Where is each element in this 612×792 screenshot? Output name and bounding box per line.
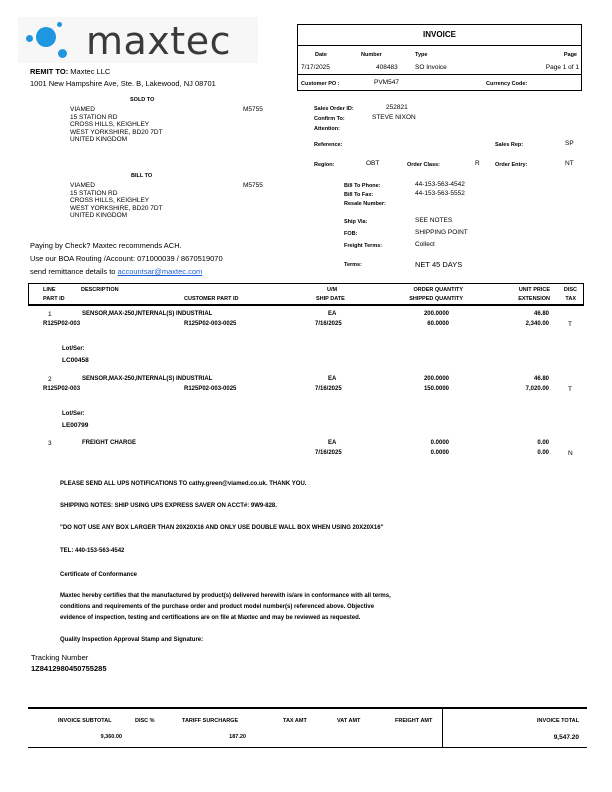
item-part-id: R125P02-003 [43, 321, 80, 327]
col-disc: DISC [564, 287, 577, 293]
bill-to-line: UNITED KINGDOM [70, 212, 163, 220]
subtotal-value: 9,360.00 [58, 734, 122, 740]
item-shipped-qty: 0.0000 [431, 450, 449, 456]
attention-label: Attention: [314, 126, 340, 132]
item-tax: N [568, 450, 573, 457]
item-unit-price: 46.80 [534, 376, 549, 382]
order-class-label: Order Class: [407, 162, 440, 168]
tracking-number: 1Z8412980450755285 [31, 664, 107, 673]
bill-to-address: VIAMED 15 STATION RD CROSS HILLS, KEIGHL… [70, 182, 163, 220]
resale-number-label: Resale Number: [344, 201, 386, 207]
ship-via-label: Ship Via: [344, 219, 367, 225]
sold-to-line: 15 STATION RD [70, 114, 163, 122]
item-description: FREIGHT CHARGE [82, 440, 136, 446]
lot-number: LE00799 [62, 422, 88, 429]
payment-routing: Use our BOA Routing /Account: 071000039 … [30, 254, 223, 263]
vat-amt-label: VAT AMT [337, 718, 360, 724]
item-unit-price: 0.00 [537, 440, 549, 446]
sales-order-id: 252821 [386, 104, 408, 111]
payment-note: Paying by Check? Maxtec recommends ACH. [30, 241, 182, 250]
page-label: Page [564, 52, 577, 58]
terms: NET 45 DAYS [415, 260, 462, 269]
item-description: SENSOR,MAX-250,INTERNAL(S) INDUSTRIAL [82, 311, 212, 317]
tariff-label: TARIFF SURCHARGE [182, 718, 238, 724]
invoice-header-box: INVOICE Date Number Type Page 7/17/2025 … [297, 24, 582, 91]
col-description: DESCRIPTION [81, 287, 119, 293]
item-order-qty: 200.0000 [424, 376, 449, 382]
sold-to-customer-id: M5755 [243, 106, 263, 113]
region: OBT [366, 160, 379, 167]
tax-amt-label: TAX AMT [283, 718, 307, 724]
confirm-to-label: Confirm To: [314, 116, 345, 122]
confirm-to: STEVE NIXON [372, 114, 416, 121]
bill-to-customer-id: M5755 [243, 182, 263, 189]
remit-to: REMIT TO: Maxtec LLC [30, 67, 110, 76]
item-ship-date: 7/16/2025 [315, 386, 342, 392]
lot-label: Lot/Ser: [62, 346, 85, 352]
customer-po: PVM547 [374, 79, 399, 86]
region-label: Region: [314, 162, 334, 168]
item-um: EA [328, 376, 336, 382]
coc-line: conditions and requirements of the purch… [60, 604, 374, 610]
currency-label: Currency Code: [486, 81, 527, 87]
remit-label: REMIT TO: [30, 67, 68, 76]
line-items-header: LINE PART ID DESCRIPTION CUSTOMER PART I… [28, 283, 584, 306]
item-extension: 2,340.00 [526, 321, 549, 327]
item-um: EA [328, 311, 336, 317]
invoice-total-label: INVOICE TOTAL [537, 718, 579, 724]
item-extension: 0.00 [537, 450, 549, 456]
tariff-value: 187.20 [182, 734, 246, 740]
col-shipped-qty: SHIPPED QUANTITY [409, 296, 463, 302]
box-note: "DO NOT USE ANY BOX LARGER THAN 20X20X16… [60, 525, 383, 531]
col-extension: EXTENSION [518, 296, 550, 302]
item-customer-part-id: R125P02-003-0025 [184, 321, 236, 327]
type-label: Type [415, 52, 427, 58]
lot-label: Lot/Ser: [62, 411, 85, 417]
coc-line: evidence of inspection, testing and cert… [60, 615, 360, 621]
col-tax: TAX [565, 296, 576, 302]
terms-label: Terms: [344, 262, 362, 268]
payment-remittance: send remittance details to accountsar@ma… [30, 267, 202, 276]
sold-to-line: WEST YORKSHIRE, BD20 7DT [70, 129, 163, 137]
freight-amt-label: FREIGHT AMT [395, 718, 432, 724]
tracking-label: Tracking Number [31, 653, 88, 662]
sales-order-label: Sales Order ID: [314, 106, 354, 112]
sales-rep: SP [565, 140, 574, 147]
freight-terms-label: Freight Terms: [344, 243, 382, 249]
reference-label: Reference: [314, 142, 342, 148]
sales-rep-label: Sales Rep: [495, 142, 523, 148]
bill-phone-label: Bill To Phone: [344, 183, 381, 189]
totals-box [28, 707, 587, 748]
col-line: LINE [43, 287, 56, 293]
tel-note: TEL: 440-153-563-4542 [60, 548, 124, 554]
logo-dot-bottom [58, 49, 67, 58]
item-order-qty: 200.0000 [424, 311, 449, 317]
remit-address: 1001 New Hampshire Ave, Ste. B, Lakewood… [30, 79, 216, 88]
item-tax: T [568, 321, 572, 328]
freight-terms: Collect [415, 241, 435, 248]
col-customer-part-id: CUSTOMER PART ID [184, 296, 239, 302]
number-label: Number [361, 52, 382, 58]
invoice-total-value: 9,547.20 [554, 734, 579, 741]
logo-dot-large [36, 27, 56, 47]
sold-to-address: VIAMED 15 STATION RD CROSS HILLS, KEIGHL… [70, 106, 163, 144]
item-unit-price: 46.80 [534, 311, 549, 317]
bill-fax-label: Bill To Fax: [344, 192, 373, 198]
bill-to-line: WEST YORKSHIRE, BD20 7DT [70, 205, 163, 213]
line-number: 2 [48, 376, 52, 383]
col-order-qty: ORDER QUANTITY [414, 287, 464, 293]
fob: SHIPPING POINT [415, 229, 468, 236]
item-shipped-qty: 150.0000 [424, 386, 449, 392]
remittance-email-link[interactable]: accountsar@maxtec.com [118, 267, 203, 276]
line-number: 1 [48, 311, 52, 318]
sold-to-line: VIAMED [70, 106, 163, 114]
item-description: SENSOR,MAX-250,INTERNAL(S) INDUSTRIAL [82, 376, 212, 382]
item-extension: 7,020.00 [526, 386, 549, 392]
col-ship-date: SHIP DATE [316, 296, 345, 302]
company-logo: maxtec [18, 17, 258, 63]
order-entry: NT [565, 160, 574, 167]
bill-fax: 44-153-563-5552 [415, 190, 465, 197]
lot-number: LC00458 [62, 357, 89, 364]
bill-phone: 44-153-563-4542 [415, 181, 465, 188]
sold-to-label: SOLD TO [130, 97, 154, 103]
item-ship-date: 7/16/2025 [315, 321, 342, 327]
col-um: U/M [327, 287, 337, 293]
bill-to-line: VIAMED [70, 182, 163, 190]
item-order-qty: 0.0000 [431, 440, 449, 446]
qi-signature: Quality Inspection Approval Stamp and Si… [60, 637, 203, 643]
ship-via: SEE NOTES [415, 217, 452, 224]
ups-note: PLEASE SEND ALL UPS NOTIFICATIONS TO cat… [60, 481, 306, 487]
item-ship-date: 7/16/2025 [315, 450, 342, 456]
order-class: R [475, 160, 480, 167]
item-shipped-qty: 60.0000 [427, 321, 449, 327]
sold-to-line: UNITED KINGDOM [70, 136, 163, 144]
logo-dot-small [26, 35, 33, 42]
invoice-page: Page 1 of 1 [546, 64, 579, 71]
item-customer-part-id: R125P02-003-0025 [184, 386, 236, 392]
subtotal-label: INVOICE SUBTOTAL [58, 718, 112, 724]
item-tax: T [568, 386, 572, 393]
coc-title: Certificate of Conformance [60, 572, 137, 578]
invoice-number: 408483 [376, 64, 398, 71]
shipping-note: SHIPPING NOTES: SHIP USING UPS EXPRESS S… [60, 503, 277, 509]
item-um: EA [328, 440, 336, 446]
logo-dot-top [57, 22, 62, 27]
item-part-id: R125P02-003 [43, 386, 80, 392]
customer-po-label: Customer PO : [301, 81, 340, 87]
col-unit-price: UNIT PRICE [519, 287, 550, 293]
remit-company: Maxtec LLC [70, 67, 110, 76]
fob-label: FOB: [344, 231, 357, 237]
invoice-type: SO Invoice [415, 64, 447, 71]
bill-to-label: BILL TO [131, 173, 152, 179]
totals-separator [442, 707, 443, 748]
order-entry-label: Order Entry: [495, 162, 527, 168]
date-label: Date [315, 52, 327, 58]
bill-to-line: 15 STATION RD [70, 190, 163, 198]
disc-label: DISC % [135, 718, 155, 724]
line-number: 3 [48, 440, 52, 447]
coc-line: Maxtec hereby certifies that the manufac… [60, 593, 391, 599]
logo-wordmark: maxtec [86, 19, 231, 63]
remittance-prefix: send remittance details to [30, 267, 118, 276]
sold-to-line: CROSS HILLS, KEIGHLEY [70, 121, 163, 129]
bill-to-line: CROSS HILLS, KEIGHLEY [70, 197, 163, 205]
invoice-title: INVOICE [298, 30, 581, 39]
invoice-date: 7/17/2025 [301, 64, 330, 71]
col-part-id: PART ID [43, 296, 65, 302]
